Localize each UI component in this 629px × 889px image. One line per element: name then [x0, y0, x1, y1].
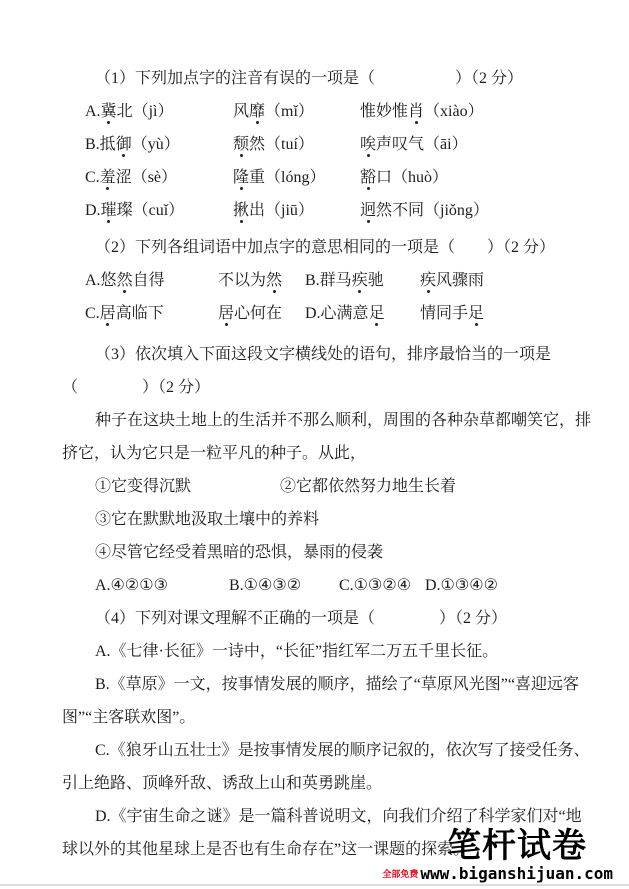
- term-part: B.群马: [305, 272, 352, 289]
- q1-option-row-c: C.羞涩（sè） 隆重（lóng） 豁口（huò）: [62, 161, 589, 194]
- q1-d-term3: 迥然不同（jiǒng）: [360, 194, 489, 227]
- term-part: B.抵: [85, 136, 116, 153]
- pinyin: （huò）: [392, 169, 448, 186]
- dotted-char: 然: [266, 272, 282, 289]
- q4-option-a: A.《七律·长征》一诗中，“长征”指红军二万五千里长征。: [62, 635, 589, 668]
- dotted-char: 疾: [352, 272, 368, 289]
- q3-item-4: ④尽管它经受着黑暗的恐惧，暴雨的侵袭: [62, 536, 589, 569]
- dotted-char: 颓: [233, 136, 249, 153]
- term-part: 驰: [368, 272, 384, 289]
- q1-b-term3: 唉声叹气（āi）: [360, 128, 468, 161]
- term-part: 不以为: [218, 272, 266, 289]
- dotted-char: 隆: [233, 169, 249, 186]
- term-part: D.: [85, 202, 101, 219]
- pinyin: （mǐ）: [265, 103, 314, 120]
- q3-option-d: D.①③④②: [425, 569, 498, 602]
- dotted-char: 豁: [360, 169, 376, 186]
- bottom-divider: [0, 884, 629, 886]
- watermark-brand: 笔杆试卷: [382, 828, 587, 864]
- q1-a-term1: A.冀北（jì）: [85, 95, 233, 128]
- q3-item-1: ①它变得沉默: [95, 470, 280, 503]
- q1-a-term3: 惟妙惟肖（xiào）: [360, 95, 484, 128]
- dotted-char: 唉: [360, 136, 376, 153]
- q3-option-c: C.①③②④: [339, 569, 425, 602]
- watermark-url: www.biganshijuan.com: [420, 864, 613, 883]
- dotted-char: 足: [369, 305, 385, 322]
- term-part: 出: [249, 202, 265, 219]
- term-part: C.: [85, 305, 100, 322]
- q1-option-row-d: D.璀璨（cuǐ） 揪出（jiū） 迥然不同（jiǒng）: [62, 194, 589, 227]
- term-part: 璨: [117, 202, 133, 219]
- term-part: D.心满意: [305, 305, 369, 322]
- term-part: 声叹气: [376, 136, 424, 153]
- q2-term-6: 居心何在: [218, 297, 305, 330]
- exam-document: （1）下列加点字的注音有误的一项是（ ）（2 分） A.冀北（jì） 风靡（mǐ…: [0, 0, 629, 866]
- term-part: A.悠: [85, 272, 117, 289]
- q3-heading-line2: （ ）（2 分）: [62, 371, 589, 404]
- term-part: 风骤雨: [436, 272, 484, 289]
- q3-item-2: ②它都依然努力地生长着: [280, 470, 456, 503]
- dotted-char: 揪: [233, 202, 249, 219]
- dotted-char: 肖: [408, 103, 424, 120]
- dotted-char: 璀: [101, 202, 117, 219]
- dotted-char: 足: [468, 305, 484, 322]
- pinyin: （jì）: [133, 103, 174, 120]
- pinyin: （cuǐ）: [133, 202, 185, 219]
- q3-passage-line2: 挤它，认为它只是一粒平凡的种子。从此，: [62, 437, 589, 470]
- dotted-char: 御: [116, 136, 132, 153]
- q1-d-term1: D.璀璨（cuǐ）: [85, 194, 233, 227]
- q2-term-7: D.心满意足: [305, 297, 420, 330]
- q3-option-b: B.①④③②: [229, 569, 339, 602]
- dotted-char: 居: [218, 305, 234, 322]
- q2-term-5: C.居高临下: [85, 297, 218, 330]
- pinyin: （xiào）: [424, 103, 484, 120]
- q2-term-3: B.群马疾驰: [305, 264, 420, 297]
- q1-c-term1: C.羞涩（sè）: [85, 161, 233, 194]
- q2-term-1: A.悠然自得: [85, 264, 218, 297]
- term-part: 情同手: [420, 305, 468, 322]
- q4-option-b-line2: 图”“主客联欢图”。: [62, 701, 589, 734]
- pinyin: （yù）: [132, 136, 180, 153]
- term-part: 惟妙惟: [360, 103, 408, 120]
- q1-c-term3: 豁口（huò）: [360, 161, 448, 194]
- q1-option-row-b: B.抵御（yù） 颓然（tuí） 唉声叹气（āi）: [62, 128, 589, 161]
- q3-items-row-1-2: ①它变得沉默 ②它都依然努力地生长着: [62, 470, 589, 503]
- term-part: 自得: [133, 272, 165, 289]
- q4-option-c-line1: C.《狼牙山五壮士》是按事情发展的顺序记叙的，依次写了接受任务、: [62, 734, 589, 767]
- dotted-char: 居: [100, 305, 116, 322]
- q1-a-term2: 风靡（mǐ）: [233, 95, 360, 128]
- term-part: 心何在: [234, 305, 282, 322]
- q2-heading: （2）下列各组词语中加点字的意思相同的一项是（ ）（2 分）: [62, 231, 589, 264]
- watermark-free-badge: 全部免费: [382, 869, 418, 879]
- q2-option-row-cd: C.居高临下 居心何在 D.心满意足 情同手足: [62, 297, 589, 330]
- q2-term-2: 不以为然: [218, 264, 305, 297]
- q3-passage-line1: 种子在这块土地上的生活并不那么顺利，周围的各种杂草都嘲笑它，排: [62, 404, 589, 437]
- dotted-char: 羞: [100, 169, 116, 186]
- q1-b-term1: B.抵御（yù）: [85, 128, 233, 161]
- q1-option-row-a: A.冀北（jì） 风靡（mǐ） 惟妙惟肖（xiào）: [62, 95, 589, 128]
- term-part: 北: [117, 103, 133, 120]
- pinyin: （tuí）: [265, 136, 314, 153]
- pinyin: （jiǒng）: [424, 202, 489, 219]
- q3-heading-line1: （3）依次填入下面这段文字横线处的语句，排序最恰当的一项是: [62, 338, 589, 371]
- dotted-char: 靡: [249, 103, 265, 120]
- q4-heading: （4）下列对课文理解不正确的一项是（ ）（2 分）: [62, 602, 589, 635]
- q1-heading: （1）下列加点字的注音有误的一项是（ ）（2 分）: [62, 62, 589, 95]
- q2-term-8: 情同手足: [420, 297, 484, 330]
- term-part: 然不同: [376, 202, 424, 219]
- dotted-char: 疾: [420, 272, 436, 289]
- q3-options-row: A.④②①③ B.①④③② C.①③②④ D.①③④②: [62, 569, 589, 602]
- q1-c-term2: 隆重（lóng）: [233, 161, 360, 194]
- pinyin: （jiū）: [265, 202, 314, 219]
- term-part: 高临下: [116, 305, 164, 322]
- term-part: 然: [249, 136, 265, 153]
- q2-term-4: 疾风骤雨: [420, 264, 484, 297]
- term-part: 口: [376, 169, 392, 186]
- term-part: 涩: [116, 169, 132, 186]
- pinyin: （āi）: [424, 136, 468, 153]
- q3-option-a: A.④②①③: [95, 569, 229, 602]
- q3-item-3: ③它在默默地汲取土壤中的养料: [62, 503, 589, 536]
- q1-d-term2: 揪出（jiū）: [233, 194, 360, 227]
- q1-b-term2: 颓然（tuí）: [233, 128, 360, 161]
- dotted-char: 然: [117, 272, 133, 289]
- dotted-char: 冀: [101, 103, 117, 120]
- watermark: 笔杆试卷 全部免费 www.biganshijuan.com: [382, 828, 613, 883]
- watermark-bottom-row: 全部免费 www.biganshijuan.com: [382, 864, 613, 883]
- term-part: 风: [233, 103, 249, 120]
- pinyin: （lóng）: [265, 169, 325, 186]
- q2-option-row-ab: A.悠然自得 不以为然 B.群马疾驰 疾风骤雨: [62, 264, 589, 297]
- term-part: A.: [85, 103, 101, 120]
- q4-option-c-line2: 引上绝路、顶峰歼敌、诱敌上山和英勇跳崖。: [62, 767, 589, 800]
- pinyin: （sè）: [132, 169, 177, 186]
- q4-option-b-line1: B.《草原》一文，按事情发展的顺序，描绘了“草原风光图”“喜迎远客: [62, 668, 589, 701]
- term-part: 重: [249, 169, 265, 186]
- dotted-char: 迥: [360, 202, 376, 219]
- term-part: C.: [85, 169, 100, 186]
